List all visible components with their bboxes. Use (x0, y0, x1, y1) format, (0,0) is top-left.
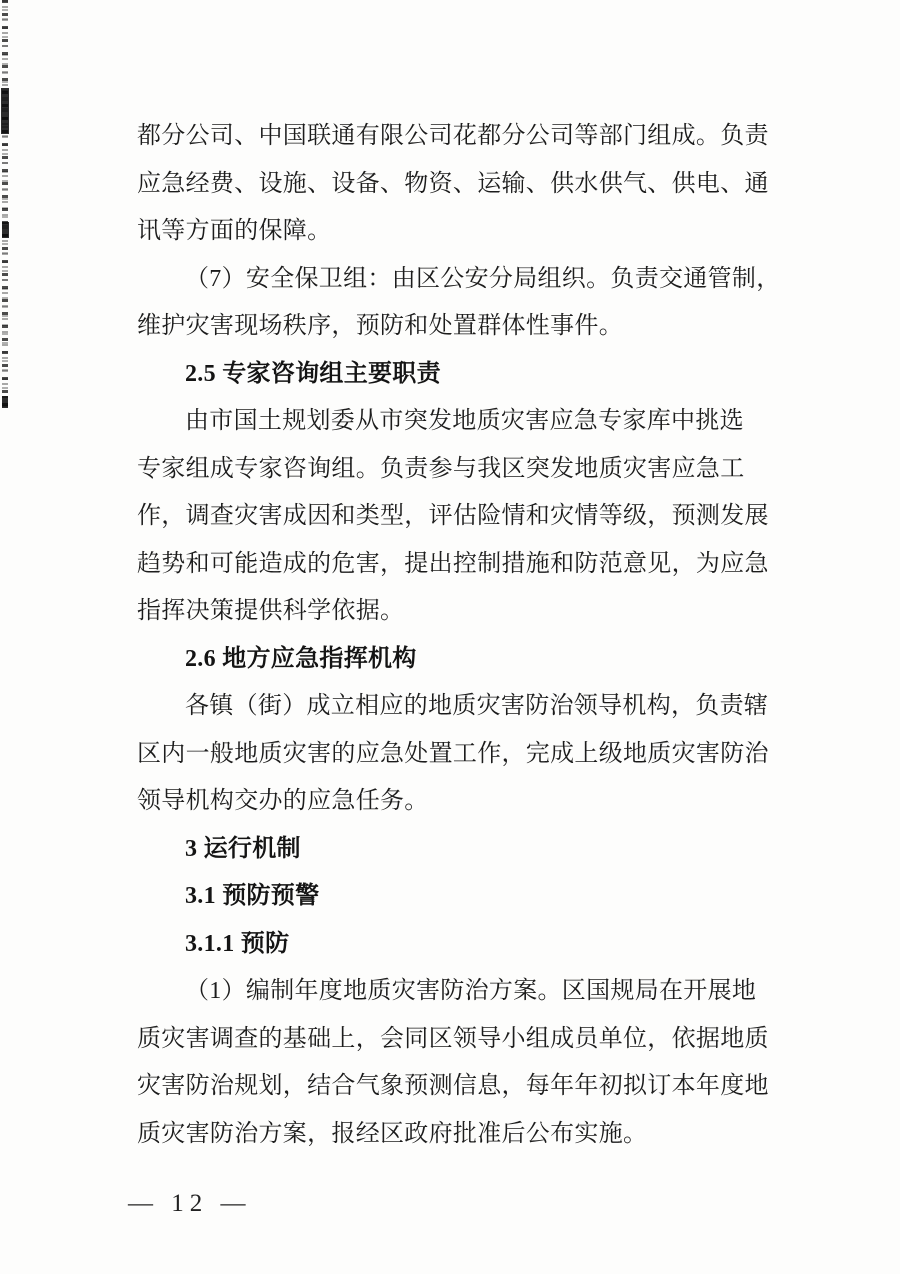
page-number: — 12 — (128, 1190, 252, 1218)
scan-binding-artifact-strip (2, 0, 8, 407)
section-heading: 3.1.1 预防 (137, 921, 777, 969)
text-line: 质灾害防治方案，报经区政府批准后公布实施。 (137, 1111, 777, 1159)
text-line: 领导机构交办的应急任务。 (137, 778, 777, 826)
scan-artifact-mark (2, 396, 8, 408)
text-line: 各镇（街）成立相应的地质灾害防治领导机构，负责辖 (137, 683, 777, 731)
text-line: 专家组成专家咨询组。负责参与我区突发地质灾害应急工 (137, 446, 777, 494)
text-line: 灾害防治规划，结合气象预测信息，每年年初拟订本年度地 (137, 1063, 777, 1111)
section-heading: 2.6 地方应急指挥机构 (137, 636, 777, 684)
text-line: 质灾害调查的基础上，会同区领导小组成员单位，依据地质 (137, 1016, 777, 1064)
text-line: 指挥决策提供科学依据。 (137, 588, 777, 636)
text-line: 应急经费、设施、设备、物资、运输、供水供气、供电、通 (137, 161, 777, 209)
text-line: 维护灾害现场秩序，预防和处置群体性事件。 (137, 303, 777, 351)
section-heading: 2.5 专家咨询组主要职责 (137, 351, 777, 399)
scan-artifact-mark (1, 88, 9, 134)
text-line: 讯等方面的保障。 (137, 208, 777, 256)
document-text-block: 都分公司、中国联通有限公司花都分公司等部门组成。负责应急经费、设施、设备、物资、… (137, 113, 777, 1158)
text-line: 区内一般地质灾害的应急处置工作，完成上级地质灾害防治 (137, 731, 777, 779)
document-page: 都分公司、中国联通有限公司花都分公司等部门组成。负责应急经费、设施、设备、物资、… (0, 0, 900, 1274)
text-line: 都分公司、中国联通有限公司花都分公司等部门组成。负责 (137, 113, 777, 161)
section-heading: 3.1 预防预警 (137, 873, 777, 921)
text-line: 由市国土规划委从市突发地质灾害应急专家库中挑选 (137, 398, 777, 446)
section-heading: 3 运行机制 (137, 826, 777, 874)
text-line: 趋势和可能造成的危害，提出控制措施和防范意见，为应急 (137, 541, 777, 589)
text-line: （7）安全保卫组：由区公安分局组织。负责交通管制， (137, 256, 777, 304)
text-line: （1）编制年度地质灾害防治方案。区国规局在开展地 (137, 968, 777, 1016)
text-line: 作，调查灾害成因和类型，评估险情和灾情等级，预测发展 (137, 493, 777, 541)
scan-artifact-mark (2, 222, 9, 238)
